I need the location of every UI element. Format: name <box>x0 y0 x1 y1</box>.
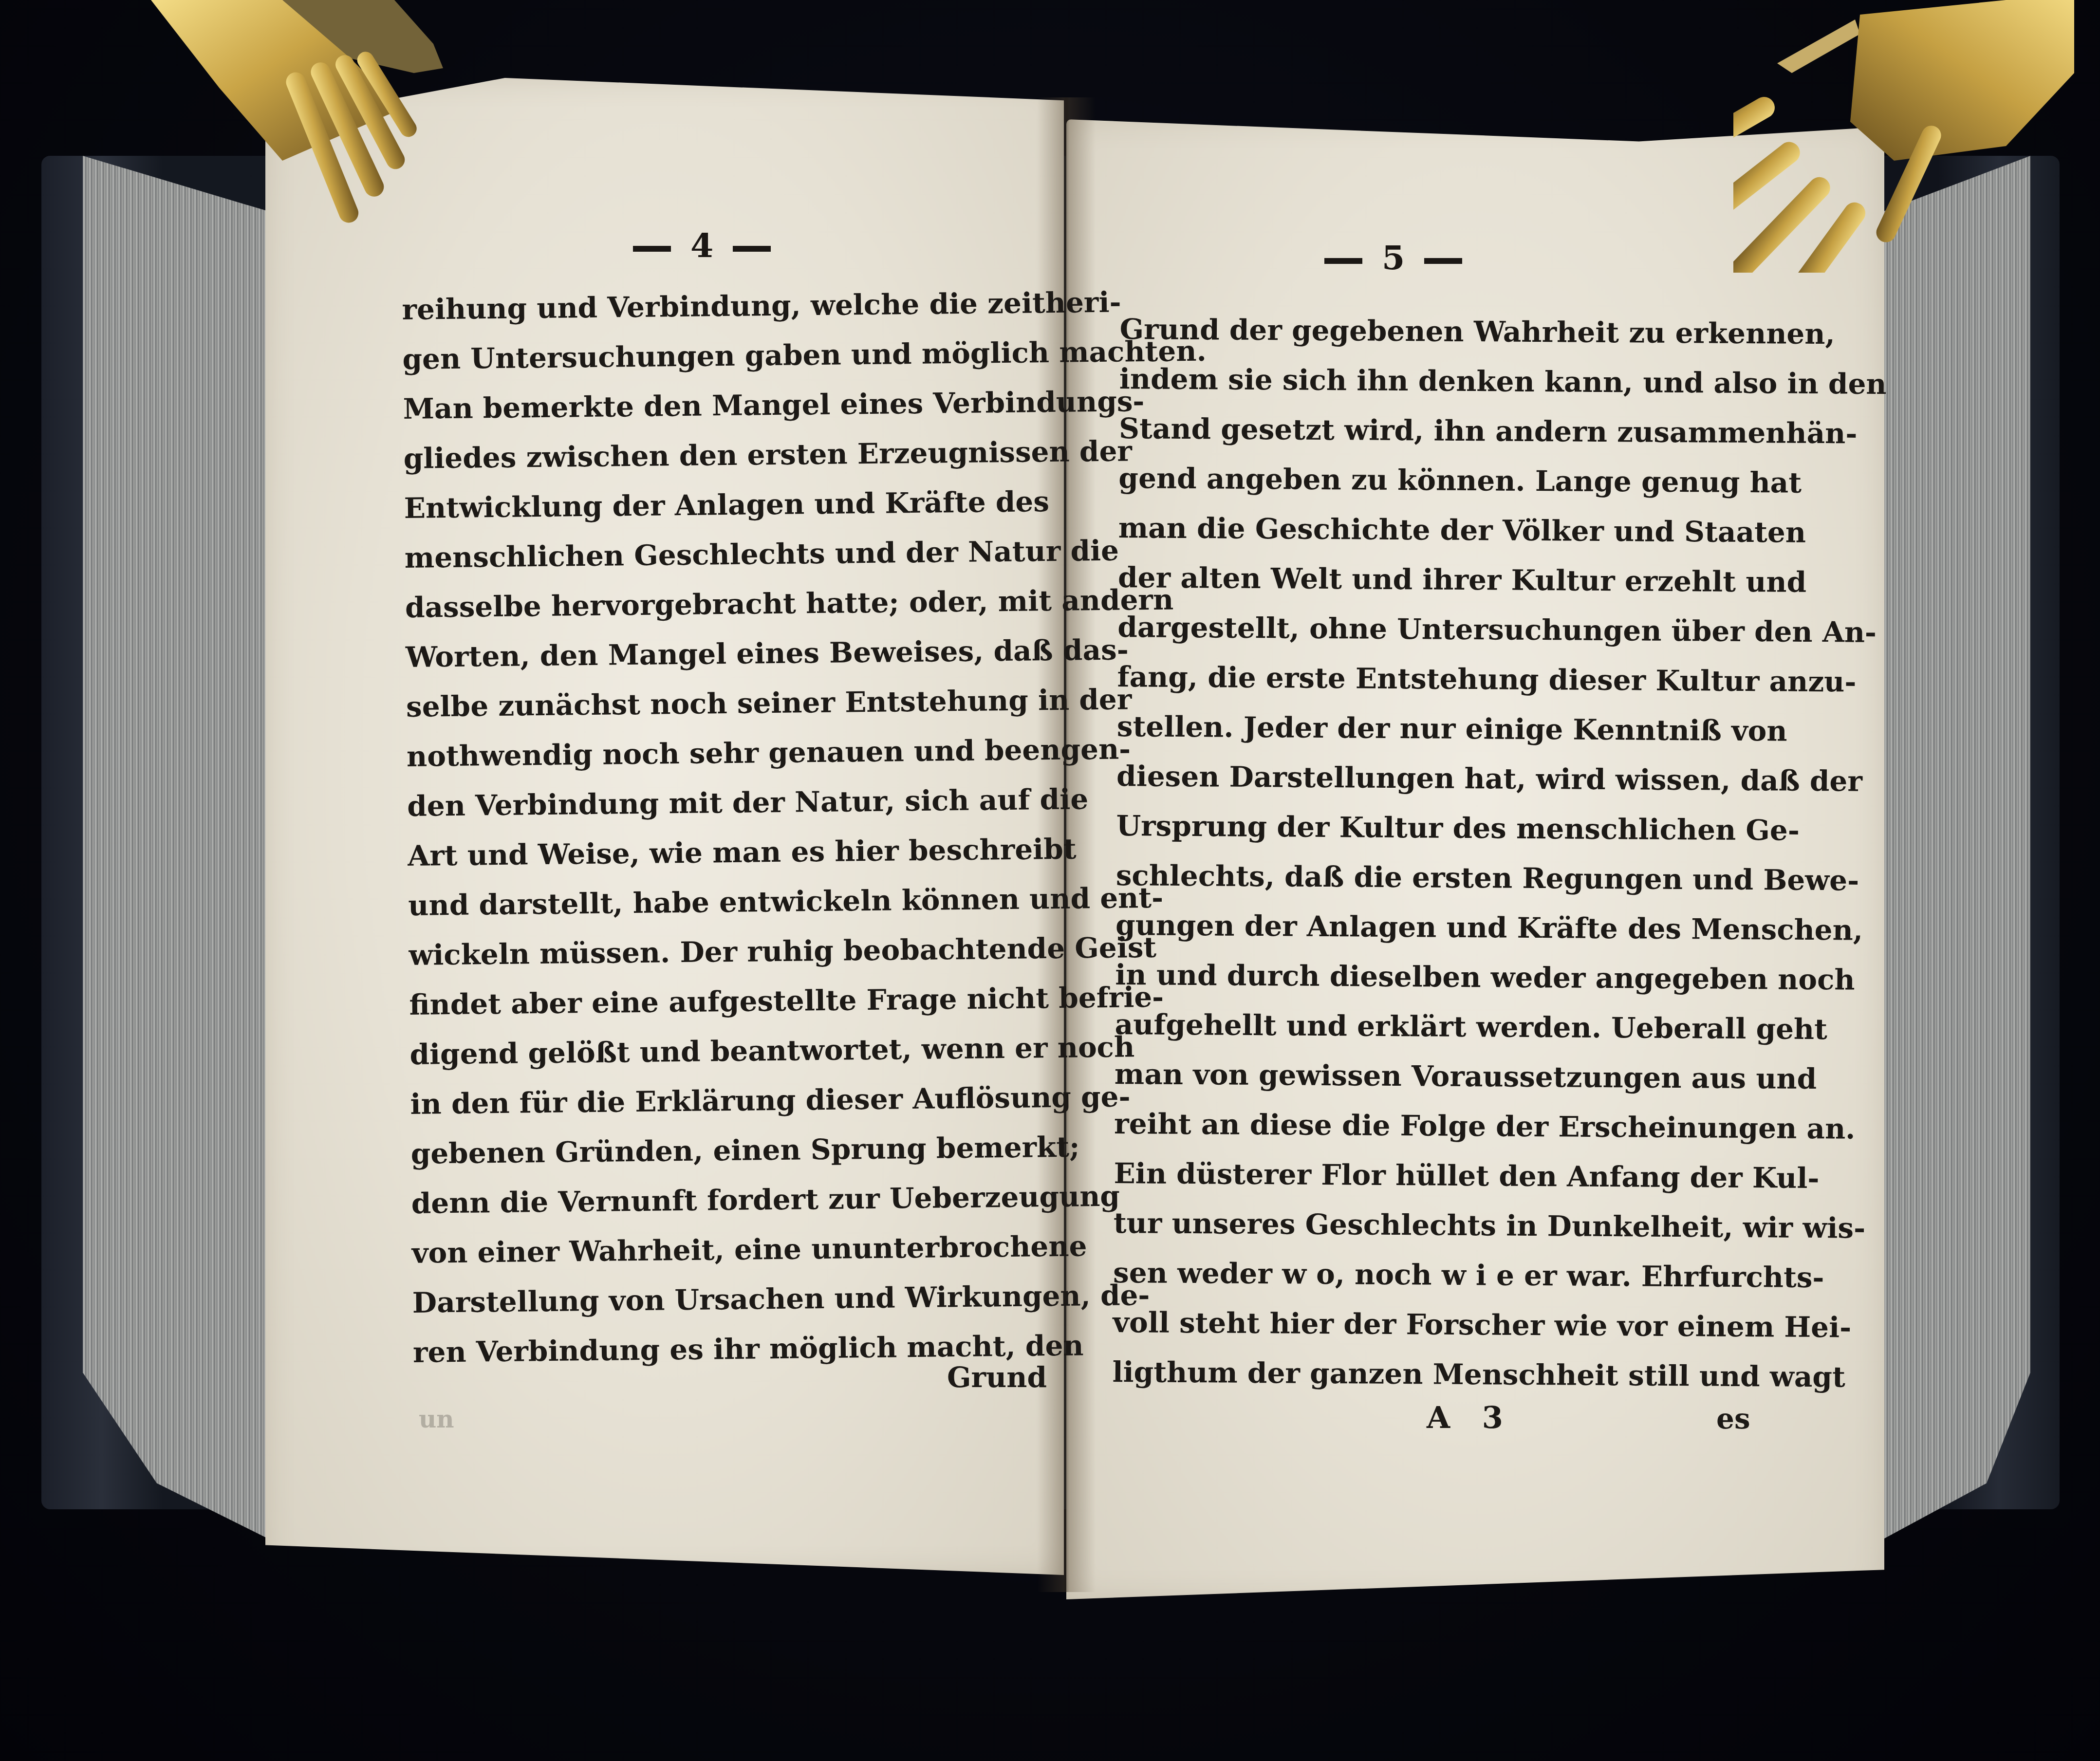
left-brass-hand-clip-icon <box>122 0 521 273</box>
text-line: wickeln müssen. Der ruhig beobachtende G… <box>409 924 1032 980</box>
text-line: selbe zunächst noch seiner Entstehung in… <box>406 676 1030 732</box>
text-line: aufgehellt und erklärt werden. Ueberall … <box>1115 1000 1741 1054</box>
text-line: gliedes zwischen den ersten Erzeugnissen… <box>403 427 1027 483</box>
text-line: Art und Weise, wie man es hier beschreib… <box>408 825 1031 881</box>
text-line: und darstellt, habe entwickeln können un… <box>408 874 1032 930</box>
text-line: Stand gesetzt wird, ihn andern zusammenh… <box>1119 404 1745 458</box>
text-line: nothwendig noch sehr genauen und beengen… <box>407 725 1030 781</box>
left-catchword: Grund <box>947 1361 1047 1394</box>
text-line: schlechts, daß die ersten Regungen und B… <box>1115 851 1742 905</box>
text-line: fang, die erste Entstehung dieser Kultur… <box>1117 652 1743 706</box>
text-line: Darstellung von Ursachen und Wirkungen, … <box>412 1271 1036 1327</box>
text-line: tur unseres Geschlechts in Dunkelheit, w… <box>1113 1198 1739 1252</box>
text-line: Man bemerkte den Mangel eines Verbindung… <box>403 378 1026 434</box>
text-line: ligthum der ganzen Menschheit still und … <box>1112 1347 1738 1401</box>
text-line: in den für die Erklärung dieser Auflösun… <box>410 1073 1034 1129</box>
text-line: der alten Welt und ihrer Kultur erzehlt … <box>1118 553 1744 607</box>
text-line: Worten, den Mangel eines Beweises, daß d… <box>405 626 1029 682</box>
text-line: indem sie sich ihn denken kann, und also… <box>1119 354 1746 408</box>
text-line: Grund der gegebenen Wahrheit zu erkennen… <box>1119 304 1746 358</box>
right-catchword: es <box>1716 1402 1750 1435</box>
left-page-block-edge <box>83 156 268 1539</box>
left-page-text: reihung und Verbindung, welche die zeith… <box>402 278 1036 1377</box>
text-line: in und durch dieselben weder angegeben n… <box>1115 950 1741 1004</box>
right-page-block-edge <box>1884 156 2030 1539</box>
text-line: ren Verbindung es ihr möglich macht, den <box>412 1321 1036 1377</box>
text-line: menschlichen Geschlechts und der Natur d… <box>404 527 1028 583</box>
text-line: Ursprung der Kultur des menschlichen Ge- <box>1116 801 1742 855</box>
left-page-number: 4 <box>613 226 790 265</box>
text-line: gend angeben zu können. Lange genug hat <box>1118 453 1745 507</box>
text-line: gungen der Anlagen und Kräfte des Mensch… <box>1115 900 1742 954</box>
text-line: gebenen Gründen, einen Sprung bemerkt; <box>410 1123 1034 1179</box>
text-line: von einer Wahrheit, eine ununterbrochene <box>411 1222 1035 1278</box>
signature-mark: A 3 <box>1427 1400 1514 1435</box>
text-line: denn die Vernunft fordert zur Ueberzeugu… <box>411 1172 1035 1228</box>
text-line: den Verbindung mit der Natur, sich auf d… <box>407 775 1031 831</box>
text-line: dargestellt, ohne Untersuchungen über de… <box>1117 602 1744 656</box>
right-brass-hand-clip-icon <box>1733 0 2100 273</box>
text-line: gen Untersuchungen gaben und möglich mac… <box>402 328 1026 384</box>
dash-ornament <box>633 246 671 252</box>
text-line: stellen. Jeder der nur einige Kenntniß v… <box>1117 702 1743 756</box>
text-line: sen weder w o, noch w i e er war. Ehrfur… <box>1113 1248 1739 1302</box>
dash-ornament <box>733 246 771 252</box>
dash-ornament <box>1324 258 1362 264</box>
text-line: digend gelößt und beantwortet, wenn er n… <box>409 1023 1033 1079</box>
text-line: Entwicklung der Anlagen und Kräfte des <box>404 477 1027 533</box>
text-line: man die Geschichte der Völker und Staate… <box>1118 503 1744 557</box>
right-page-number: 5 <box>1305 239 1482 278</box>
text-line: reiht an diese die Folge der Erscheinung… <box>1114 1099 1740 1153</box>
text-line: Ein düsterer Flor hüllet den Anfang der … <box>1114 1149 1740 1203</box>
text-line: voll steht hier der Forscher wie vor ein… <box>1113 1298 1739 1352</box>
text-line: diesen Darstellungen hat, wird wissen, d… <box>1116 751 1743 805</box>
text-line: dasselbe hervorgebracht hatte; oder, mit… <box>405 576 1028 632</box>
right-page-text: Grund der gegebenen Wahrheit zu erkennen… <box>1112 304 1746 1401</box>
text-line: man von gewissen Voraussetzungen aus und <box>1115 1049 1741 1103</box>
show-through-text: un <box>419 1405 454 1433</box>
text-line: findet aber eine aufgestellte Frage nich… <box>409 974 1033 1030</box>
dash-ornament <box>1424 258 1462 264</box>
text-line: reihung und Verbindung, welche die zeith… <box>402 278 1025 334</box>
